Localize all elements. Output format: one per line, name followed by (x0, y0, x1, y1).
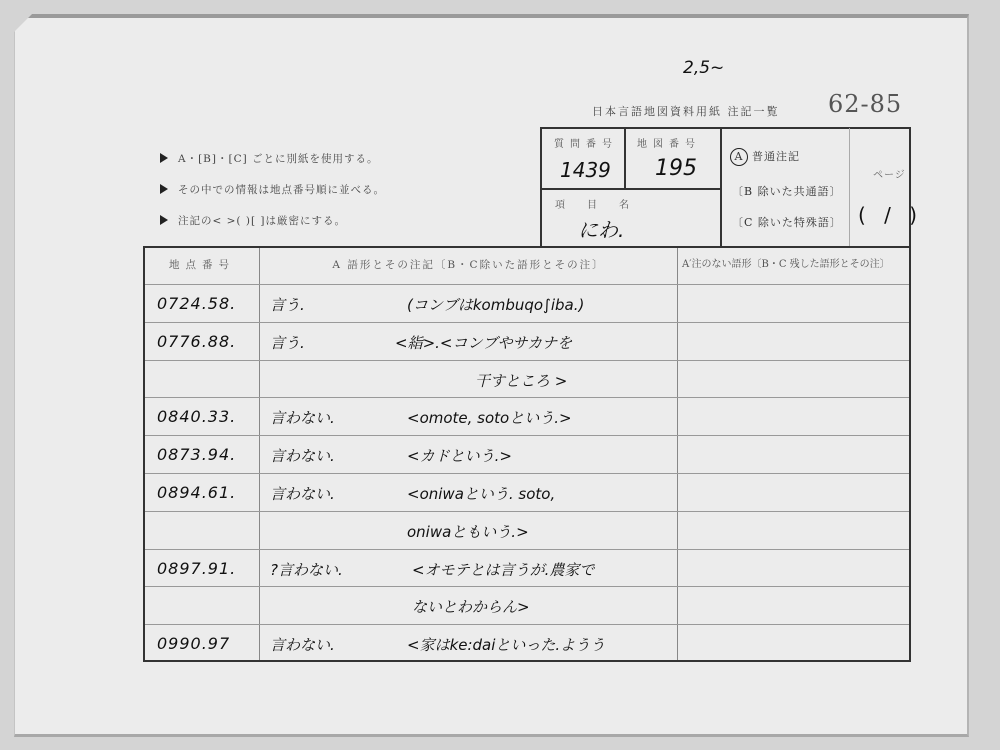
triangle-bullet-icon (160, 215, 168, 225)
row-divider (145, 473, 909, 474)
row-divider (145, 624, 909, 625)
word-form: 言わない. (270, 407, 335, 428)
point-number: 0724.58. (157, 294, 236, 313)
map-number-value: 195 (655, 156, 697, 181)
annotation-note: oniwaともいう.> (407, 521, 529, 542)
divider (540, 188, 721, 190)
row-divider (145, 435, 909, 436)
annotation-note: <oniwaという. soto, (407, 483, 555, 504)
word-form: 言わない. (270, 445, 335, 466)
form-id: 62-85 (828, 90, 902, 118)
column-divider (677, 248, 678, 660)
divider (849, 128, 850, 247)
row-divider (145, 511, 909, 512)
annotation-note: 干すところ > (475, 370, 567, 391)
annotation-note: <カドという.> (407, 445, 512, 466)
annotation-note: ないとわからん> (412, 596, 530, 617)
header-point-number: 地点番号 (145, 248, 259, 282)
row-divider (145, 549, 909, 550)
triangle-bullet-icon (160, 153, 168, 163)
option-c: 〔C 除いた特殊語〕 (732, 214, 842, 230)
question-number-value: 1439 (560, 158, 611, 182)
form-title: 日本言語地図資料用紙 注記一覧 (592, 103, 780, 119)
notes-table: 地点番号 A 語形とその注記〔B・C除いた語形とその注〕 A′注のない語形〔B・… (143, 246, 911, 662)
annotation-note: <家はke:daiといった.ようう (407, 634, 605, 655)
annotation-note: <omote, sotoという.> (407, 407, 572, 428)
triangle-bullet-icon (160, 184, 168, 194)
page-label: ページ (873, 166, 906, 181)
annotation-note: <𥿻>.<コンブやサカナを (395, 332, 572, 353)
instruction-1: A・[B]・[C] ごとに別紙を使用する。 (160, 151, 379, 166)
word-form: 言う. (270, 332, 305, 353)
item-name-label: 項目名 (555, 196, 651, 211)
point-number: 0873.94. (157, 445, 236, 464)
word-form: 言わない. (270, 634, 335, 655)
word-form: 言う. (270, 294, 305, 315)
point-number: 0840.33. (157, 407, 236, 426)
row-divider (145, 284, 909, 285)
word-form: 言わない. (270, 483, 335, 504)
divider (624, 128, 626, 189)
item-name-value: にわ. (578, 214, 624, 243)
point-number: 0897.91. (157, 559, 236, 578)
header-form-no-note: A′注のない語形〔B・C 残した語形とその注〕 (678, 248, 915, 282)
circled-selection-icon: A (730, 148, 748, 166)
divider (720, 128, 722, 247)
point-number: 0990.97 (157, 634, 230, 653)
word-form: ?言わない. (270, 559, 343, 580)
row-divider (145, 360, 909, 361)
annotation-note: (コンブはkombuqo∫iba.) (407, 294, 584, 315)
handwritten-annotation: 2,5~ (683, 58, 724, 78)
instruction-2: その中での情報は地点番号順に並べる。 (160, 182, 385, 197)
map-number-label: 地図番号 (637, 135, 701, 150)
header-form-note: A 語形とその注記〔B・C除いた語形とその注〕 (260, 248, 677, 282)
row-divider (145, 322, 909, 323)
column-divider (259, 248, 260, 660)
row-divider (145, 586, 909, 587)
point-number: 0894.61. (157, 483, 236, 502)
instruction-3: 注記の< >( )[ ]は厳密にする。 (160, 213, 346, 228)
option-a: A普通注記 (730, 148, 800, 166)
point-number: 0776.88. (157, 332, 236, 351)
annotation-note: <オモテとは言うが.農家で (412, 559, 594, 580)
option-b: 〔B 除いた共通語〕 (732, 183, 842, 199)
question-number-label: 質問番号 (554, 135, 618, 150)
page-value: ( / ) (858, 203, 923, 227)
row-divider (145, 397, 909, 398)
